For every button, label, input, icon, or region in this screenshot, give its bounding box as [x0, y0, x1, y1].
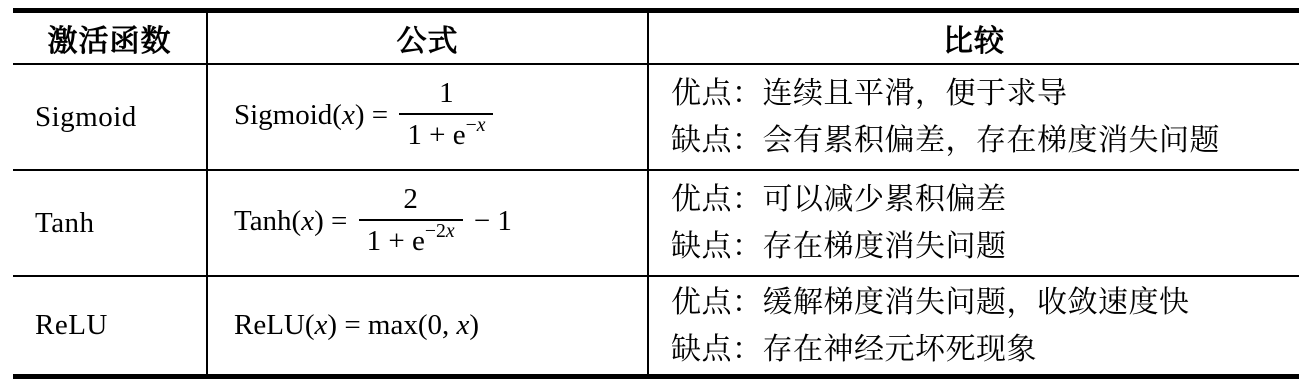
- table-row-sigmoid: Sigmoid Sigmoid(x) = 11 + e−x 优点：连续且平滑，便…: [13, 64, 1299, 170]
- formula-func: Tanh(: [234, 205, 301, 237]
- comparison-cell: 优点：连续且平滑，便于求导 缺点：会有累积偏差，存在梯度消失问题: [648, 64, 1299, 170]
- sigmoid-formula: Sigmoid(x) = 11 + e−x: [234, 99, 497, 131]
- activation-name: ReLU: [13, 276, 207, 377]
- formula-var: x: [301, 205, 314, 237]
- formula-func: ReLU(: [234, 309, 315, 341]
- header-activation-function: 激活函数: [13, 11, 207, 65]
- header-formula: 公式: [207, 11, 648, 65]
- fraction: 11 + e−x: [399, 78, 493, 153]
- formula-func: Sigmoid(: [234, 99, 342, 131]
- fraction-numerator: 1: [399, 78, 493, 113]
- fraction-numerator: 2: [359, 184, 463, 219]
- formula-equals: ) =: [327, 309, 368, 341]
- pros-text: 优点：连续且平滑，便于求导: [671, 70, 1299, 117]
- formula-cell: Sigmoid(x) = 11 + e−x: [207, 64, 648, 170]
- document-page: 激活函数 公式 比较 Sigmoid Sigmoid(x) = 11 + e−x…: [0, 0, 1312, 387]
- relu-formula: ReLU(x) = max(0, x): [234, 309, 479, 341]
- fraction-denominator: 1 + e−2x: [359, 219, 463, 259]
- pros-text: 优点：缓解梯度消失问题，收敛速度快: [671, 279, 1299, 326]
- fraction-denominator: 1 + e−x: [399, 113, 493, 153]
- table-row-relu: ReLU ReLU(x) = max(0, x) 优点：缓解梯度消失问题，收敛速…: [13, 276, 1299, 377]
- header-row: 激活函数 公式 比较: [13, 11, 1299, 65]
- cons-text: 缺点：存在梯度消失问题: [671, 223, 1299, 270]
- formula-rhs-var: x: [457, 309, 470, 341]
- fraction: 21 + e−2x: [359, 184, 463, 259]
- activation-functions-table: 激活函数 公式 比较 Sigmoid Sigmoid(x) = 11 + e−x…: [13, 8, 1299, 379]
- pros-text: 优点：可以减少累积偏差: [671, 176, 1299, 223]
- formula-suffix: − 1: [467, 205, 512, 237]
- formula-rhs: max(0,: [368, 309, 457, 341]
- exponent: −x: [466, 114, 486, 136]
- table-row-tanh: Tanh Tanh(x) = 21 + e−2x − 1 优点：可以减少累积偏差…: [13, 170, 1299, 276]
- cons-text: 缺点：会有累积偏差，存在梯度消失问题: [671, 117, 1299, 164]
- activation-name: Tanh: [13, 170, 207, 276]
- formula-var: x: [315, 309, 328, 341]
- activation-name: Sigmoid: [13, 64, 207, 170]
- cons-text: 缺点：存在神经元坏死现象: [671, 326, 1299, 373]
- header-comparison: 比较: [648, 11, 1299, 65]
- comparison-cell: 优点：缓解梯度消失问题，收敛速度快 缺点：存在神经元坏死现象: [648, 276, 1299, 377]
- comparison-cell: 优点：可以减少累积偏差 缺点：存在梯度消失问题: [648, 170, 1299, 276]
- formula-cell: Tanh(x) = 21 + e−2x − 1: [207, 170, 648, 276]
- formula-equals: ) =: [355, 99, 396, 131]
- exponent: −2x: [425, 220, 455, 242]
- formula-rhs-close: ): [469, 309, 479, 341]
- formula-cell: ReLU(x) = max(0, x): [207, 276, 648, 377]
- formula-equals: ) =: [314, 205, 355, 237]
- formula-var: x: [342, 99, 355, 131]
- tanh-formula: Tanh(x) = 21 + e−2x − 1: [234, 205, 512, 237]
